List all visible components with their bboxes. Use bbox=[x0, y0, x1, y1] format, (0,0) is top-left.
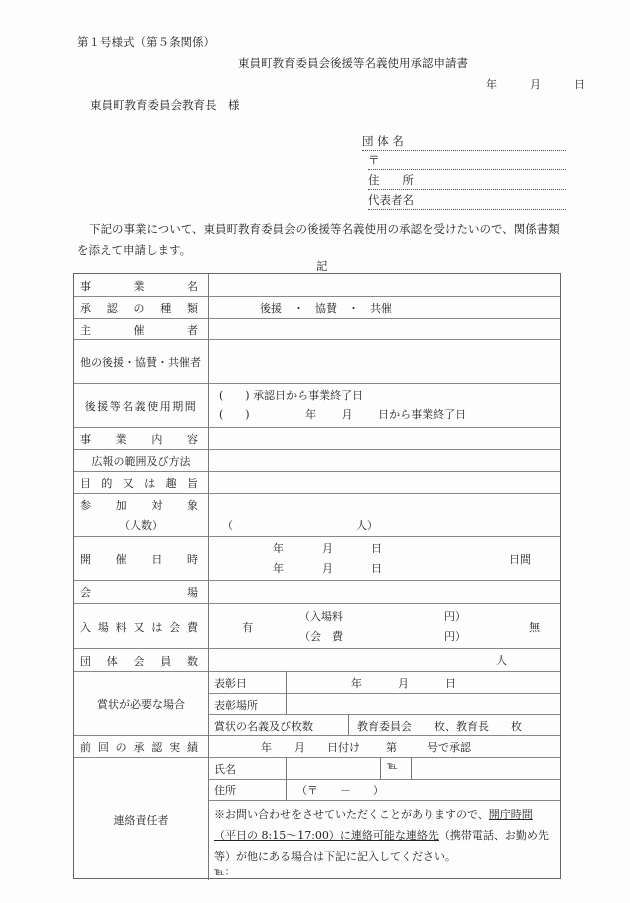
label-project-content: 事業内容 bbox=[74, 431, 208, 447]
other-sponsors-input[interactable] bbox=[210, 340, 558, 382]
fee-yes-option[interactable]: 有 bbox=[242, 619, 253, 635]
days-label: 日間 bbox=[509, 551, 531, 567]
org-name-field[interactable]: 団 体 名 bbox=[362, 134, 566, 151]
membership-fee-yen: 円） bbox=[444, 628, 466, 644]
label-other-sponsors: 他の後援・協賛・共催者 bbox=[74, 354, 208, 370]
project-name-input[interactable] bbox=[210, 275, 558, 295]
representative-field[interactable]: 代表者名 bbox=[368, 193, 566, 210]
label-project-name: 事業名 bbox=[74, 278, 208, 294]
label-fee: 入場料又は会費 bbox=[74, 619, 208, 635]
contact-name-label: 氏名 bbox=[214, 761, 236, 777]
contact-name-input[interactable] bbox=[288, 758, 380, 778]
label-previous-approval: 前回の承認実績 bbox=[74, 739, 208, 755]
address-field[interactable]: 住 所 bbox=[368, 173, 566, 190]
award-date-label: 表彰日 bbox=[214, 675, 247, 691]
project-content-input[interactable] bbox=[210, 428, 558, 448]
end-date[interactable]: 年月日 bbox=[273, 560, 382, 576]
contact-tel-input[interactable] bbox=[413, 758, 558, 778]
label-approval-type: 承認の種類 bbox=[74, 300, 208, 316]
label-contact-person: 連絡責任者 bbox=[74, 812, 208, 828]
alt-tel-label: ℡： bbox=[214, 863, 235, 878]
representative-label: 代表者名 bbox=[368, 192, 414, 208]
start-date[interactable]: 年月日 bbox=[273, 540, 382, 556]
label-purpose: 目的又は趣旨 bbox=[74, 475, 208, 491]
label-participants: 参加対象 bbox=[74, 497, 208, 513]
award-place-label: 表彰場所 bbox=[214, 697, 258, 713]
label-usage-period: 後援等名義使用期間 bbox=[74, 398, 208, 414]
contact-tel-label: ℡ bbox=[387, 761, 398, 772]
members-unit: 人 bbox=[496, 652, 507, 668]
document-title: 東員町教育委員会後援等名義使用承認申請書 bbox=[238, 55, 468, 71]
approval-type-options[interactable]: 後援 ・ 協賛 ・ 共催 bbox=[260, 300, 392, 316]
contact-postal[interactable]: （〒 － ） bbox=[296, 782, 384, 798]
intro-text: 下記の事業について、東員町教育委員会の後援等名義使用の承認を受けたいので、関係書… bbox=[77, 219, 567, 261]
application-table: 事業名 承認の種類 後援 ・ 協賛 ・ 共催 主催者 他の後援・協賛・共催者 後… bbox=[73, 273, 561, 879]
participants-input[interactable] bbox=[234, 496, 354, 534]
label-organizer: 主催者 bbox=[74, 322, 208, 338]
venue-input[interactable] bbox=[210, 581, 558, 602]
award-count-input[interactable]: 教育委員会 枚、教育長 枚 bbox=[357, 718, 522, 734]
date-month: 月 bbox=[530, 76, 541, 92]
ki-heading: 記 bbox=[316, 258, 328, 274]
participants-open-paren: （ bbox=[222, 517, 233, 533]
membership-fee-label: （会 費 bbox=[299, 628, 343, 644]
org-name-label: 団 体 名 bbox=[362, 133, 404, 149]
purpose-input[interactable] bbox=[210, 472, 558, 492]
label-publicity: 広報の範囲及び方法 bbox=[74, 453, 208, 469]
organizer-input[interactable] bbox=[210, 319, 558, 338]
form-number: 第１号様式（第５条関係） bbox=[77, 34, 215, 50]
usage-period-option-2[interactable]: ( ) 年 月 日から事業終了日 bbox=[219, 406, 466, 422]
date-year: 年 bbox=[486, 76, 497, 92]
previous-approval-input[interactable]: 年月日付け第号で承認 bbox=[261, 739, 471, 755]
publicity-input[interactable] bbox=[210, 450, 558, 470]
label-award: 賞状が必要な場合 bbox=[74, 696, 208, 712]
contact-address-label: 住所 bbox=[214, 782, 236, 798]
contact-note: ※お問い合わせをさせていただくことがありますので、開庁時間 （平日の 8:15～… bbox=[214, 804, 560, 867]
fee-no-option[interactable]: 無 bbox=[529, 619, 540, 635]
usage-period-option-1[interactable]: ( ) 承認日から事業終了日 bbox=[219, 387, 363, 403]
date-day: 日 bbox=[574, 76, 585, 92]
addressee: 東員町教育委員会教育長 様 bbox=[90, 97, 240, 113]
label-dates: 開催日時 bbox=[74, 551, 208, 567]
application-date: 年 月 日 bbox=[486, 76, 585, 92]
award-date-input[interactable]: 年月日 bbox=[351, 675, 456, 691]
label-venue: 会場 bbox=[74, 584, 208, 600]
participants-unit: 人） bbox=[356, 517, 378, 533]
postal-label: 〒 bbox=[368, 152, 380, 168]
address-label: 住 所 bbox=[368, 172, 414, 188]
admission-fee-label: （入場料 bbox=[299, 608, 343, 624]
award-place-input[interactable] bbox=[288, 694, 558, 713]
postal-field[interactable]: 〒 bbox=[368, 153, 566, 170]
award-name-label: 賞状の名義及び枚数 bbox=[214, 718, 313, 734]
label-members: 団体会員数 bbox=[74, 653, 208, 669]
alt-tel-input[interactable] bbox=[239, 860, 557, 877]
label-participants-count: （人数） bbox=[74, 517, 208, 533]
admission-fee-yen: 円） bbox=[444, 608, 466, 624]
